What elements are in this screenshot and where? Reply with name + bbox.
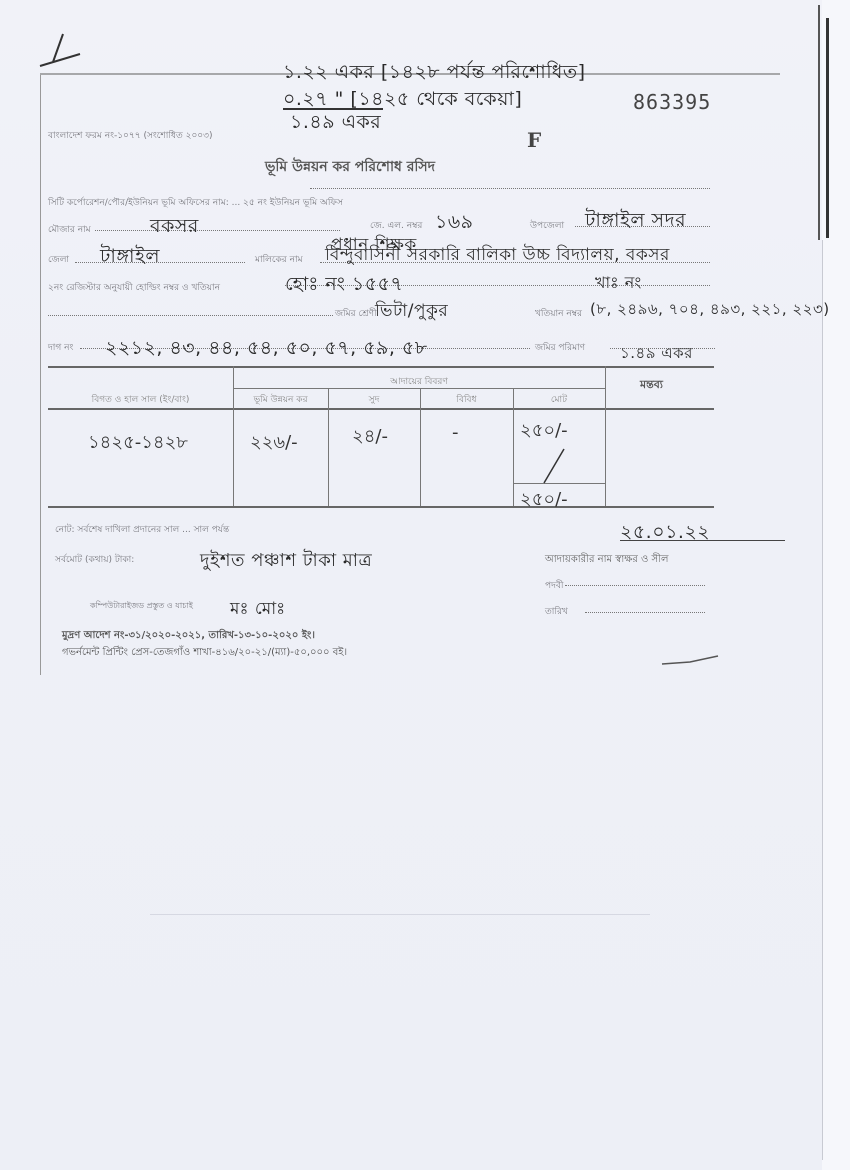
upazila-value: টাঙ্গাইল সদর	[585, 206, 686, 238]
signature-date: ২৫.০১.২২	[620, 518, 710, 550]
land-class-label: জমির শ্রেণী	[335, 306, 377, 321]
print-order-line: মুদ্রণ আদেশ নং-৩১/২০২০-২০২১, তারিখ-১৩-১০…	[62, 628, 315, 645]
date-field	[585, 612, 705, 613]
row-misc: -	[452, 422, 459, 443]
dotted-line	[95, 230, 340, 231]
dotted-line	[310, 188, 710, 189]
scan-edge	[818, 5, 820, 240]
col-header-remarks: মন্তব্য	[640, 376, 663, 395]
printer-signature: মঃ মোঃ	[230, 596, 286, 624]
row-tax: ২২৬/-	[250, 428, 298, 459]
carry-arrow-icon	[540, 445, 570, 485]
mouza-value: বকসর	[150, 212, 199, 244]
table-group-header: আদায়ের বিবরণ	[233, 374, 605, 389]
mouza-label: মৌজার নাম	[48, 222, 91, 237]
form-left-border	[40, 75, 41, 675]
row-interest: ২৪/-	[352, 422, 388, 453]
table-top-rule	[48, 366, 714, 368]
signature-underline	[620, 540, 785, 541]
owner-label: মালিকের নাম	[255, 252, 303, 267]
upazila-label: উপজেলা	[530, 218, 564, 233]
khatian-note: খাঃ নং	[595, 270, 642, 297]
owner-value: বিন্দুবাসিনী সরকারি বালিকা উচ্চ বিদ্যালয…	[325, 242, 670, 270]
land-amount-value: ১.৪৯ একর	[620, 342, 693, 367]
col-header-year: বিগত ও হাল সাল (ইং/বাং)	[48, 392, 233, 407]
col-header-tax: ভূমি উন্নয়ন কর	[233, 392, 328, 407]
table-bottom-rule	[48, 506, 714, 508]
designation-label: পদবী	[545, 578, 563, 593]
note-line: নোট: সর্বশেষ দাখিলা প্রদানের সাল ... সাল…	[55, 522, 229, 537]
scan-edge	[822, 240, 823, 1160]
press-line: গভর্নমেন্ট প্রিন্টিং প্রেস-তেজগাঁও শাখা-…	[62, 645, 347, 662]
designation-field	[565, 585, 705, 586]
serial-number: 863395	[633, 90, 711, 114]
col-header-misc: বিবিধ	[420, 392, 513, 407]
row-year: ১৪২৫-১৪২৮	[88, 428, 188, 459]
col-header-interest: সুদ	[328, 392, 420, 407]
bleed-through-rule	[150, 914, 650, 915]
district-label: জেলা	[48, 252, 69, 267]
form-letter: F	[527, 128, 541, 152]
collector-label: আদায়কারীর নাম স্বাক্ষর ও সীল	[545, 552, 668, 569]
table-divider	[605, 366, 606, 506]
amount-words-label: সর্বমোট (কথায়) টাকা:	[55, 552, 134, 567]
land-class-value: ভিটা/পুকুর	[375, 298, 448, 326]
scan-edge	[826, 18, 829, 238]
grand-total: ২৫০/-	[520, 485, 568, 516]
form-reference: বাংলাদেশ ফরম নং-১০৭৭ (সংশোধিত ২০০৩)	[48, 128, 213, 143]
khatian-no-value: (৮, ২৪৯৬, ৭০৪, ৪৯৩, ২২১, ২২৩)	[590, 298, 830, 323]
dag-no-label: দাগ নং	[48, 340, 73, 355]
pen-mark-icon	[35, 32, 85, 72]
district-value: টাঙ্গাইল	[100, 242, 160, 274]
amount-words-value: দুইশত পঞ্চাশ টাকা মাত্র	[200, 546, 372, 577]
land-amount-label: জমির পরিমাণ	[535, 340, 585, 355]
printer-label: কম্পিউটারাইজড প্রস্তুত ও যাচাই	[90, 600, 193, 613]
pen-mark-icon	[660, 652, 720, 668]
dag-no-value: ২২১২, ৪৩, ৪৪, ৫৪, ৫০, ৫৭, ৫৯, ৫৮	[105, 334, 428, 366]
date-label: তারিখ	[545, 604, 568, 619]
khatian-no-label: খতিয়ান নম্বর	[535, 306, 582, 321]
holding-label: ২নং রেজিস্টার অনুযায়ী হোল্ডিং নম্বর ও খ…	[48, 280, 220, 295]
row-total: ২৫০/-	[520, 416, 568, 447]
jl-no-label: জে. এল. নম্বর	[370, 218, 422, 233]
annotation-total: ১.৪৯ একর	[290, 108, 381, 140]
jl-no-value: ১৬৯	[435, 208, 474, 240]
table-header-rule	[48, 408, 714, 410]
office-line: সিটি কর্পোরেশন/পৌর/ইউনিয়ন ভূমি অফিসের ন…	[48, 195, 343, 210]
col-header-total: মোট	[513, 392, 605, 407]
dotted-line	[48, 315, 333, 316]
page-title: ভূমি উন্নয়ন কর পরিশোধ রসিদ	[265, 155, 435, 179]
